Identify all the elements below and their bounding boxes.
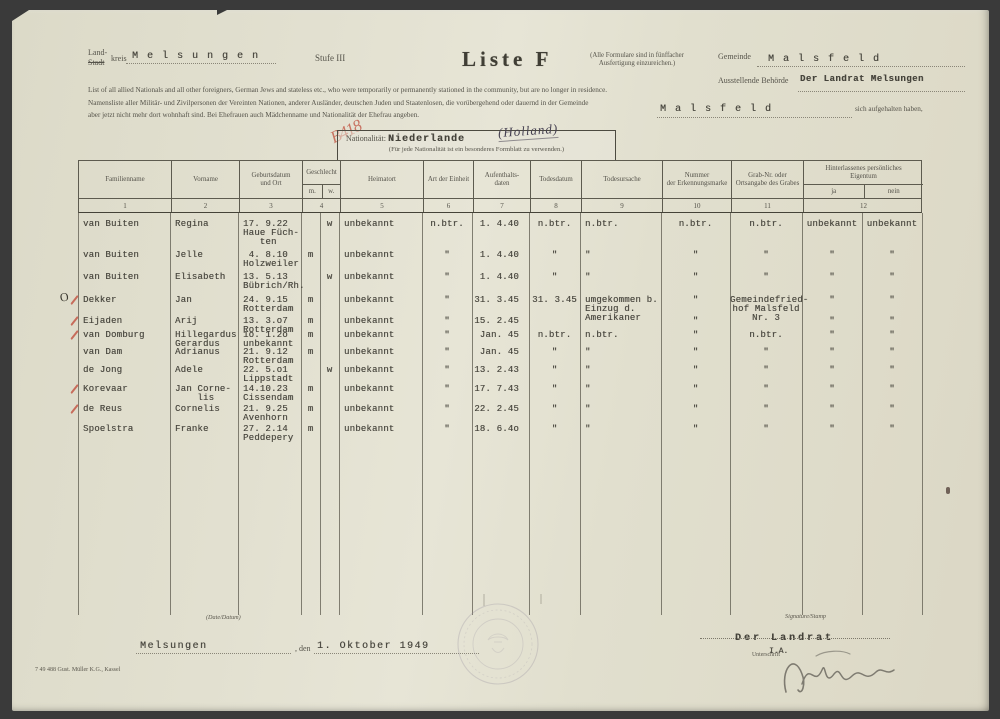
signature-ruled-line: [700, 638, 890, 639]
cell-todesursache: ": [580, 405, 661, 425]
table-row: DekkerOJan24. 9.15 Rotterdammunbekannt"3…: [78, 296, 922, 317]
handwritten-circle-mark: O: [59, 292, 69, 302]
cell-heimatort: unbekannt: [339, 425, 422, 447]
cell-familienname: van Dam: [78, 348, 170, 366]
column-number-10: 10: [662, 199, 731, 212]
cell-grab: n.btr.: [730, 220, 802, 251]
eigentum-label: Hinterlassenes persönliches Eigentum: [825, 161, 901, 184]
cell-vorname: Cornelis: [170, 405, 238, 425]
cell-todesursache: ": [580, 348, 661, 366]
cell-todesdatum: ": [529, 251, 580, 273]
cell-geburt: 22. 5.o1 Lippstadt: [238, 366, 301, 385]
cell-todesdatum: ": [529, 348, 580, 366]
cell-nein: ": [862, 251, 922, 273]
intro-german-tail: sich aufgehalten haben,: [855, 105, 923, 113]
cell-todesdatum: ": [529, 385, 580, 405]
cell-m: m: [301, 385, 320, 405]
nationality-box: Nationalität: Niederlande (Holland) (Für…: [337, 130, 616, 161]
cell-nein: ": [862, 385, 922, 405]
cell-familienname: van Buiten: [78, 220, 170, 251]
cell-m: m: [301, 251, 320, 273]
col-header-geschlecht: Geschlecht m. w.: [302, 161, 340, 198]
cell-vorname: Regina: [170, 220, 238, 251]
cell-ja: ": [802, 385, 862, 405]
red-check-mark: [70, 384, 78, 394]
cell-w: [320, 425, 339, 447]
cell-m: [301, 220, 320, 251]
cell-aufenthalt: 17. 7.43: [472, 385, 529, 405]
cell-vorname: Adrianus: [170, 348, 238, 366]
cell-w: [320, 331, 339, 349]
col-header-eigentum: Hinterlassenes persönliches Eigentum ja …: [803, 161, 923, 198]
column-number-6: 6: [423, 199, 473, 212]
cell-aufenthalt: 18. 6.4o: [472, 425, 529, 447]
column-number-row: 123456789101112: [78, 199, 922, 213]
cell-aufenthalt: 1. 4.40: [472, 273, 529, 296]
cell-grab: ": [730, 425, 802, 447]
red-check-mark: [70, 295, 78, 305]
intro-english: List of all allied Nationals and all oth…: [88, 86, 948, 94]
cell-einheit: ": [422, 405, 472, 425]
cell-geburt: 17. 9.22 Haue Füch- ten: [238, 220, 301, 251]
cell-heimatort: unbekannt: [339, 273, 422, 296]
col-header-todesursache: Todesursache: [581, 161, 662, 198]
intro-german-line2: aber jetzt nicht mehr dort wohnhaft sind…: [88, 111, 688, 119]
cell-vorname: Elisabeth: [170, 273, 238, 296]
cell-einheit: ": [422, 425, 472, 447]
cell-familienname: Spoelstra: [78, 425, 170, 447]
cell-marke: ": [661, 425, 730, 447]
cell-ja: unbekannt: [802, 220, 862, 251]
table-row: van BuitenJelle 4. 8.10 Holzweilermunbek…: [78, 251, 922, 273]
kreis-label: kreis: [111, 54, 127, 63]
cell-w: w: [320, 220, 339, 251]
cell-ja: ": [802, 273, 862, 296]
paper-speck: [946, 487, 950, 494]
cell-nein: ": [862, 425, 922, 447]
cell-grab: ": [730, 385, 802, 405]
intro-german-line1: Namensliste aller Militär- und Zivilpers…: [88, 99, 668, 107]
column-number-2: 2: [171, 199, 239, 212]
table-rows: van BuitenRegina17. 9.22 Haue Füch- tenw…: [78, 213, 922, 447]
cell-nein: ": [862, 366, 922, 385]
cell-familienname: de Reus: [78, 405, 170, 425]
column-number-3: 3: [239, 199, 302, 212]
cell-einheit: ": [422, 251, 472, 273]
table-row: de ReusCornelis21. 9.25 Avenhornmunbekan…: [78, 405, 922, 425]
cell-einheit: ": [422, 273, 472, 296]
cell-marke: ": [661, 348, 730, 366]
cell-familienname: Korevaar: [78, 385, 170, 405]
cell-ja: ": [802, 425, 862, 447]
col-header-aufenthaltsdaten: Aufenthalts- daten: [473, 161, 530, 198]
cell-todesdatum: n.btr.: [529, 220, 580, 251]
cell-vorname: Jan Corne- lis: [170, 385, 238, 405]
cell-einheit: n.btr.: [422, 220, 472, 251]
col-header-geburtsdatum: Geburtsdatum und Ort: [239, 161, 302, 198]
cell-heimatort: unbekannt: [339, 366, 422, 385]
cell-heimatort: unbekannt: [339, 251, 422, 273]
cell-aufenthalt: Jan. 45: [472, 348, 529, 366]
table-row: de JongAdele22. 5.o1 Lippstadtwunbekannt…: [78, 366, 922, 385]
cell-m: [301, 273, 320, 296]
cell-geburt: 21. 9.25 Avenhorn: [238, 405, 301, 425]
cell-grab: ": [730, 348, 802, 366]
cell-grab: ": [730, 366, 802, 385]
paper-corner-notch: [12, 10, 29, 21]
cell-nein: ": [862, 348, 922, 366]
cell-marke: ": [661, 273, 730, 296]
cell-marke: ": [661, 405, 730, 425]
land-label: Land-: [88, 48, 107, 57]
cell-w: [320, 405, 339, 425]
column-number-12: 12: [803, 199, 923, 212]
col-header-todesdatum: Todesdatum: [530, 161, 581, 198]
cell-ja: ": [802, 251, 862, 273]
cell-todesdatum: ": [529, 405, 580, 425]
cell-vorname: Franke: [170, 425, 238, 447]
cell-m: m: [301, 348, 320, 366]
cell-ja: ": [802, 366, 862, 385]
cell-grab: ": [730, 251, 802, 273]
cell-aufenthalt: 1. 4.40: [472, 220, 529, 251]
footer-place-line: [136, 644, 291, 654]
liste-f-table: Familienname Vorname Geburtsdatum und Or…: [78, 160, 922, 615]
table-row: van DamAdrianus21. 9.12 Rotterdammunbeka…: [78, 348, 922, 366]
table-row: van BuitenRegina17. 9.22 Haue Füch- tenw…: [78, 220, 922, 251]
kreis-ruled-line: [126, 54, 276, 64]
cell-marke: ": [661, 385, 730, 405]
col-subheader-nein: nein: [864, 185, 924, 198]
cell-w: w: [320, 366, 339, 385]
cell-w: [320, 348, 339, 366]
cell-geburt: 27. 2.14 Peddepery: [238, 425, 301, 447]
cell-aufenthalt: 1. 4.40: [472, 251, 529, 273]
stufe-label: Stufe III: [315, 53, 345, 63]
cell-w: [320, 385, 339, 405]
cell-nein: ": [862, 273, 922, 296]
cell-einheit: ": [422, 348, 472, 366]
cell-heimatort: unbekannt: [339, 405, 422, 425]
cell-grab: ": [730, 273, 802, 296]
nationality-label: Nationalität:: [346, 134, 386, 143]
signature-caption: Signature/Stamp: [785, 613, 826, 620]
cell-todesursache: n.btr.: [580, 220, 661, 251]
cell-heimatort: unbekannt: [339, 220, 422, 251]
handwritten-holland: (Holland): [497, 121, 558, 142]
cell-m: [301, 366, 320, 385]
cell-geburt: 4. 8.10 Holzweiler: [238, 251, 301, 273]
cell-ja: ": [802, 405, 862, 425]
cell-ja: ": [802, 348, 862, 366]
nationality-value: Niederlande: [388, 134, 465, 145]
col-header-einheit: Art der Einheit: [423, 161, 473, 198]
cell-marke: ": [661, 251, 730, 273]
cell-marke: ": [661, 366, 730, 385]
column-number-4: 4: [302, 199, 340, 212]
col-header-heimatort: Heimatort: [340, 161, 423, 198]
cell-familienname: van Buiten: [78, 251, 170, 273]
col-subheader-w: w.: [322, 185, 341, 198]
cell-todesursache: ": [580, 385, 661, 405]
column-number-9: 9: [581, 199, 662, 212]
cell-geburt: 14.10.23 Cissendam: [238, 385, 301, 405]
cell-todesursache: ": [580, 251, 661, 273]
cell-vorname: Adele: [170, 366, 238, 385]
table-body: van BuitenRegina17. 9.22 Haue Füch- tenw…: [78, 213, 922, 615]
cell-nein: ": [862, 405, 922, 425]
col-subheader-ja: ja: [804, 185, 864, 198]
table-row: KorevaarJan Corne- lis14.10.23 Cissendam…: [78, 385, 922, 405]
cell-marke: n.btr.: [661, 220, 730, 251]
column-number-8: 8: [530, 199, 581, 212]
cell-todesdatum: ": [529, 366, 580, 385]
col-subheader-m: m.: [303, 185, 322, 198]
behoerde-value: Der Landrat Melsungen: [800, 74, 924, 84]
red-check-mark: [70, 316, 78, 326]
scanned-document-photo: Land- Stadt kreis M e l s u n g e n Stuf…: [0, 0, 1000, 719]
cell-todesdatum: ": [529, 425, 580, 447]
cell-m: m: [301, 405, 320, 425]
document-page: Land- Stadt kreis M e l s u n g e n Stuf…: [12, 10, 989, 711]
gemeinde-value: M a l s f e l d: [768, 54, 881, 65]
cell-aufenthalt: 13. 2.43: [472, 366, 529, 385]
stadt-label-struck: Stadt: [88, 58, 104, 67]
col-header-grab: Grab-Nr. oder Ortsangabe des Grabes: [731, 161, 803, 198]
red-check-mark: [70, 330, 78, 340]
date-caption: (Date/Datum): [206, 614, 241, 621]
handwritten-signature: [772, 640, 902, 710]
table-row: SpoelstraFranke27. 2.14 Peddeperymunbeka…: [78, 425, 922, 447]
footer-den-label: , den: [295, 644, 311, 653]
paper-edge-notch: [217, 10, 227, 15]
cell-w: [320, 251, 339, 273]
red-check-mark: [70, 404, 78, 414]
geschlecht-label: Geschlecht: [306, 161, 337, 184]
cell-todesursache: ": [580, 273, 661, 296]
cell-einheit: ": [422, 385, 472, 405]
behoerde-label: Ausstellende Behörde: [718, 76, 788, 85]
col-header-erkennungsmarke: Nummer der Erkennungsmarke: [662, 161, 731, 198]
cell-todesursache: ": [580, 425, 661, 447]
page-title: Liste F: [462, 47, 552, 72]
cell-todesursache: ": [580, 366, 661, 385]
table-header-row: Familienname Vorname Geburtsdatum und Or…: [78, 160, 922, 199]
cell-nein: unbekannt: [862, 220, 922, 251]
cell-heimatort: unbekannt: [339, 348, 422, 366]
table-row: EijadenArij13. 3.o7 Rotterdammunbekannt"…: [78, 317, 922, 331]
cell-einheit: ": [422, 366, 472, 385]
table-row: van DomburgHillegardus Gerardus1o. 1.2o …: [78, 331, 922, 348]
cell-aufenthalt: 22. 2.45: [472, 405, 529, 425]
cell-vorname: Jelle: [170, 251, 238, 273]
column-number-5: 5: [340, 199, 423, 212]
cell-m: m: [301, 425, 320, 447]
printer-credit: 7 49 488 Gust. Müller K.G., Kassel: [35, 667, 120, 673]
cell-geburt: 21. 9.12 Rotterdam: [238, 348, 301, 366]
column-number-11: 11: [731, 199, 803, 212]
nationality-note: (Für jede Nationalität ist ein besondere…: [338, 146, 615, 153]
cell-todesursache: n.btr.: [580, 331, 661, 349]
col-header-vorname: Vorname: [171, 161, 239, 198]
table-row: van BuitenElisabeth13. 5.13 Bübrich/Rh.w…: [78, 273, 922, 296]
cell-w: w: [320, 273, 339, 296]
cell-familienname: van Buiten: [78, 273, 170, 296]
gemeinde-label: Gemeinde: [718, 52, 751, 61]
round-official-stamp: [442, 592, 552, 692]
column-number-1: 1: [79, 199, 171, 212]
cell-grab: ": [730, 405, 802, 425]
copies-note: (Alle Formulare sind in fünffacher Ausfe…: [572, 52, 702, 67]
cell-heimatort: unbekannt: [339, 385, 422, 405]
cell-todesdatum: ": [529, 273, 580, 296]
cell-geburt: 13. 5.13 Bübrich/Rh.: [238, 273, 301, 296]
cell-familienname: de Jong: [78, 366, 170, 385]
column-number-7: 7: [473, 199, 530, 212]
col-header-familienname: Familienname: [79, 161, 171, 198]
